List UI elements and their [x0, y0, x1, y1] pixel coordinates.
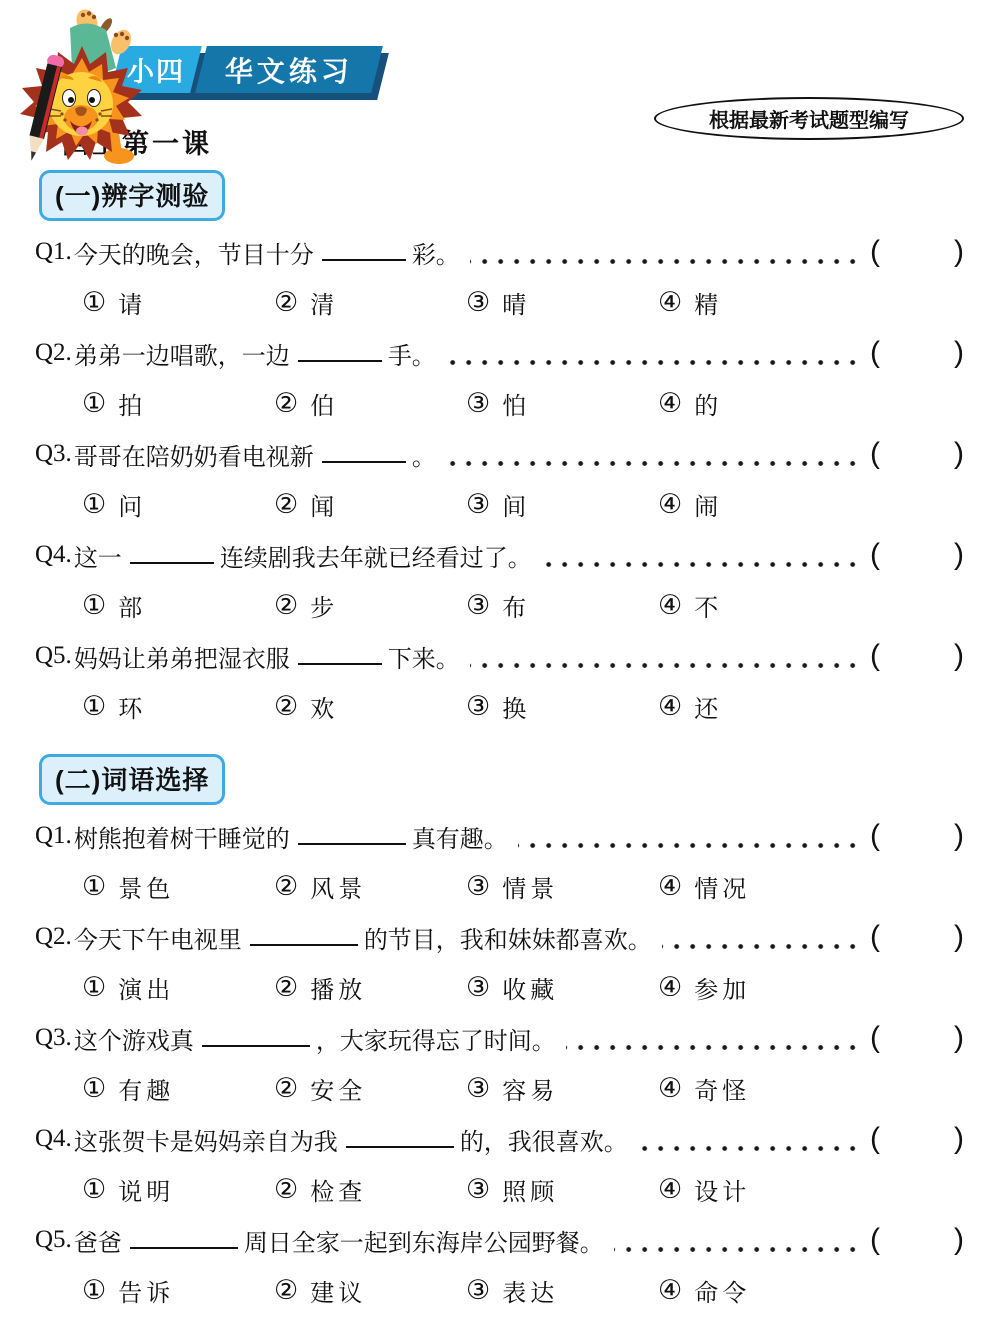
subject-tab: 华文练习 [195, 46, 383, 93]
option: ① 说明 [82, 1172, 274, 1207]
answer-paren-close: ) [954, 920, 964, 954]
option-label: 欢 [310, 689, 338, 724]
answer-paren-open: ( [870, 819, 880, 853]
option: ① 问 [82, 487, 274, 522]
answer-blank [130, 1219, 238, 1249]
option-label: 命令 [694, 1273, 750, 1308]
option-label: 清 [310, 285, 338, 320]
option-label: 奇怪 [694, 1071, 750, 1106]
option-marker: ② [274, 1075, 298, 1102]
question-block: Q5. 爸爸 周日全家一起到东海岸公园野餐。 ( ) ① 告诉 ② 建议 ③ 表… [35, 1215, 964, 1316]
question-block: Q5. 妈妈让弟弟把湿衣服 下来。 ( ) ① 环 ② 欢 ③ 换 ④ 还 [35, 631, 964, 732]
answer-paren-close: ) [954, 235, 964, 269]
question-number: Q2. [35, 339, 72, 367]
question-block: Q1. 树熊抱着树干睡觉的 真有趣。 ( ) ① 景色 ② 风景 ③ 情景 ④ … [35, 811, 964, 912]
subject-label: 华文练习 [225, 50, 353, 90]
dot-leader [614, 1247, 866, 1252]
option-label: 风景 [310, 869, 366, 904]
question-number: Q3. [35, 1024, 72, 1052]
question-line: Q4. 这一 连续剧我去年就已经看过了。 ( ) [35, 530, 964, 580]
answer-paren-open: ( [870, 336, 880, 370]
question-number: Q4. [35, 541, 72, 569]
option-marker: ① [82, 1176, 106, 1203]
option: ④ 情况 [658, 869, 750, 904]
option-label: 环 [118, 689, 146, 724]
answer-paren-open: ( [870, 920, 880, 954]
answer-blank [250, 916, 358, 946]
question-number: Q3. [35, 440, 72, 468]
answer-paren-open: ( [870, 1122, 880, 1156]
question-line: Q1. 今天的晚会，节目十分 彩。 ( ) [35, 227, 964, 277]
option-label: 闹 [694, 487, 722, 522]
dot-leader [638, 1146, 866, 1151]
question-line: Q5. 妈妈让弟弟把湿衣服 下来。 ( ) [35, 631, 964, 681]
option: ④ 参加 [658, 970, 750, 1005]
question-text-pre: 弟弟一边唱歌，一边 [74, 336, 290, 371]
option: ① 请 [82, 285, 274, 320]
option-marker: ④ [658, 390, 682, 417]
option-label: 情景 [502, 869, 558, 904]
question-line: Q4. 这张贺卡是妈妈亲自为我 的，我很喜欢。 ( ) [35, 1114, 964, 1164]
answer-blank [322, 433, 406, 463]
question-text-post: 下来。 [388, 639, 460, 674]
option-marker: ④ [658, 592, 682, 619]
option-label: 容易 [502, 1071, 558, 1106]
dot-leader [518, 843, 866, 848]
option-label: 检查 [310, 1172, 366, 1207]
option: ④ 的 [658, 386, 722, 421]
option-label: 伯 [310, 386, 338, 421]
option-label: 告诉 [118, 1273, 174, 1308]
question-block: Q2. 今天下午电视里 的节目，我和妹妹都喜欢。 ( ) ① 演出 ② 播放 ③… [35, 912, 964, 1013]
options-line: ① 有趣 ② 安全 ③ 容易 ④ 奇怪 [35, 1063, 964, 1114]
question-number: Q5. [35, 1226, 72, 1254]
option: ③ 布 [466, 588, 658, 623]
dot-leader [662, 944, 866, 949]
option-label: 间 [502, 487, 530, 522]
option: ③ 怕 [466, 386, 658, 421]
option-label: 安全 [310, 1071, 366, 1106]
option-marker: ③ [466, 289, 490, 316]
question-block: Q4. 这一 连续剧我去年就已经看过了。 ( ) ① 部 ② 步 ③ 布 ④ 不 [35, 530, 964, 631]
option-label: 闻 [310, 487, 338, 522]
question-line: Q3. 哥哥在陪奶奶看电视新 。 ( ) [35, 429, 964, 479]
option-marker: ④ [658, 491, 682, 518]
option-marker: ① [82, 390, 106, 417]
answer-paren-close: ) [954, 639, 964, 673]
question-text-pre: 这张贺卡是妈妈亲自为我 [74, 1122, 338, 1157]
dot-leader [470, 663, 866, 668]
option-marker: ② [274, 1176, 298, 1203]
question-block: Q2. 弟弟一边唱歌，一边 手。 ( ) ① 拍 ② 伯 ③ 怕 ④ 的 [35, 328, 964, 429]
option: ① 部 [82, 588, 274, 623]
question-text-post: ，大家玩得忘了时间。 [316, 1021, 556, 1056]
option: ① 有趣 [82, 1071, 274, 1106]
answer-paren-open: ( [870, 235, 880, 269]
option: ② 播放 [274, 970, 466, 1005]
option-marker: ③ [466, 974, 490, 1001]
option-marker: ④ [658, 1075, 682, 1102]
option-marker: ④ [658, 873, 682, 900]
question-text-pre: 爸爸 [74, 1223, 122, 1258]
answer-paren-open: ( [870, 538, 880, 572]
option-label: 景色 [118, 869, 174, 904]
answer-blank [298, 635, 382, 665]
answer-paren-close: ) [954, 538, 964, 572]
question-number: Q1. [35, 822, 72, 850]
answer-blank [130, 534, 214, 564]
option-label: 请 [118, 285, 146, 320]
question-list: Q1. 树熊抱着树干睡觉的 真有趣。 ( ) ① 景色 ② 风景 ③ 情景 ④ … [35, 811, 964, 1316]
question-line: Q3. 这个游戏真 ，大家玩得忘了时间。 ( ) [35, 1013, 964, 1063]
question-text-post: 的节目，我和妹妹都喜欢。 [364, 920, 652, 955]
answer-paren-close: ) [954, 1021, 964, 1055]
question-text-post: 彩。 [412, 235, 460, 270]
section: (二)词语选择 Q1. 树熊抱着树干睡觉的 真有趣。 ( ) ① 景色 ② 风景… [35, 754, 964, 1316]
lion-face [49, 72, 113, 136]
option: ② 检查 [274, 1172, 466, 1207]
option-marker: ③ [466, 592, 490, 619]
options-line: ① 问 ② 闻 ③ 间 ④ 闹 [35, 479, 964, 530]
question-line: Q5. 爸爸 周日全家一起到东海岸公园野餐。 ( ) [35, 1215, 964, 1265]
option: ④ 命令 [658, 1273, 750, 1308]
option: ③ 换 [466, 689, 658, 724]
option-label: 精 [694, 285, 722, 320]
options-line: ① 环 ② 欢 ③ 换 ④ 还 [35, 681, 964, 732]
question-block: Q4. 这张贺卡是妈妈亲自为我 的，我很喜欢。 ( ) ① 说明 ② 检查 ③ … [35, 1114, 964, 1215]
option: ④ 还 [658, 689, 722, 724]
option-marker: ④ [658, 974, 682, 1001]
option-marker: ④ [658, 289, 682, 316]
question-line: Q2. 弟弟一边唱歌，一边 手。 ( ) [35, 328, 964, 378]
option: ② 伯 [274, 386, 466, 421]
option-marker: ③ [466, 1075, 490, 1102]
question-text-pre: 这个游戏真 [74, 1021, 194, 1056]
section-title: (二)词语选择 [39, 754, 225, 805]
option-label: 的 [694, 386, 722, 421]
option-label: 有趣 [118, 1071, 174, 1106]
option: ① 告诉 [82, 1273, 274, 1308]
option-marker: ② [274, 390, 298, 417]
question-text-pre: 今天下午电视里 [74, 920, 242, 955]
option-label: 不 [694, 588, 722, 623]
option-label: 部 [118, 588, 146, 623]
option: ① 环 [82, 689, 274, 724]
answer-paren-open: ( [870, 1021, 880, 1055]
option: ④ 奇怪 [658, 1071, 750, 1106]
option: ② 安全 [274, 1071, 466, 1106]
answer-paren-open: ( [870, 1223, 880, 1257]
option-marker: ② [274, 873, 298, 900]
option: ③ 收藏 [466, 970, 658, 1005]
sections-root: (一)辨字测验 Q1. 今天的晚会，节目十分 彩。 ( ) ① 请 ② 清 ③ … [35, 170, 964, 1316]
answer-blank [322, 231, 406, 261]
option: ③ 表达 [466, 1273, 658, 1308]
options-line: ① 请 ② 清 ③ 晴 ④ 精 [35, 277, 964, 328]
option-label: 设计 [694, 1172, 750, 1207]
option-label: 晴 [502, 285, 530, 320]
option: ④ 精 [658, 285, 722, 320]
question-text-pre: 树熊抱着树干睡觉的 [74, 819, 290, 854]
option-marker: ② [274, 289, 298, 316]
option: ① 拍 [82, 386, 274, 421]
option-label: 布 [502, 588, 530, 623]
answer-blank [202, 1017, 310, 1047]
option-label: 说明 [118, 1172, 174, 1207]
question-number: Q5. [35, 642, 72, 670]
option-marker: ③ [466, 390, 490, 417]
option: ④ 不 [658, 588, 722, 623]
question-text-post: 真有趣。 [412, 819, 508, 854]
option: ② 建议 [274, 1273, 466, 1308]
question-text-post: 连续剧我去年就已经看过了。 [220, 538, 532, 573]
option-label: 步 [310, 588, 338, 623]
tagline-text: 根据最新考试题型编写 [709, 104, 909, 133]
option: ③ 容易 [466, 1071, 658, 1106]
option-marker: ④ [658, 1277, 682, 1304]
question-text-pre: 妈妈让弟弟把湿衣服 [74, 639, 290, 674]
option-marker: ① [82, 974, 106, 1001]
lion-mascot [20, 6, 152, 174]
tagline-badge: 根据最新考试题型编写 [654, 97, 964, 140]
question-text-pre: 今天的晚会，节目十分 [74, 235, 314, 270]
question-text-post: 手。 [388, 336, 436, 371]
options-line: ① 说明 ② 检查 ③ 照顾 ④ 设计 [35, 1164, 964, 1215]
question-line: Q1. 树熊抱着树干睡觉的 真有趣。 ( ) [35, 811, 964, 861]
option-marker: ③ [466, 873, 490, 900]
option: ③ 晴 [466, 285, 658, 320]
answer-paren-close: ) [954, 336, 964, 370]
options-line: ① 告诉 ② 建议 ③ 表达 ④ 命令 [35, 1265, 964, 1316]
header-banner: 小四 华文练习 [116, 46, 377, 93]
option-marker: ② [274, 491, 298, 518]
answer-paren-open: ( [870, 639, 880, 673]
option-marker: ① [82, 693, 106, 720]
option-marker: ① [82, 592, 106, 619]
question-text-pre: 哥哥在陪奶奶看电视新 [74, 437, 314, 472]
option-marker: ④ [658, 1176, 682, 1203]
question-number: Q2. [35, 923, 72, 951]
dot-leader [470, 259, 866, 264]
option-label: 情况 [694, 869, 750, 904]
option-marker: ③ [466, 1176, 490, 1203]
question-block: Q1. 今天的晚会，节目十分 彩。 ( ) ① 请 ② 清 ③ 晴 ④ 精 [35, 227, 964, 328]
option-marker: ② [274, 592, 298, 619]
option-marker: ② [274, 974, 298, 1001]
worksheet-page: 小四 华文练习 根据最新考试题型编写 四上第一课 (一)辨字测验 Q1. 今天的… [0, 0, 990, 1338]
question-text-post: 周日全家一起到东海岸公园野餐。 [244, 1223, 604, 1258]
options-line: ① 景色 ② 风景 ③ 情景 ④ 情况 [35, 861, 964, 912]
option: ① 景色 [82, 869, 274, 904]
question-number: Q4. [35, 1125, 72, 1153]
option-marker: ③ [466, 693, 490, 720]
option-marker: ③ [466, 1277, 490, 1304]
options-line: ① 部 ② 步 ③ 布 ④ 不 [35, 580, 964, 631]
option: ② 风景 [274, 869, 466, 904]
question-text-pre: 这一 [74, 538, 122, 573]
dot-leader [446, 461, 866, 466]
option: ③ 照顾 [466, 1172, 658, 1207]
option: ③ 间 [466, 487, 658, 522]
option-marker: ② [274, 1277, 298, 1304]
answer-paren-close: ) [954, 1223, 964, 1257]
option-marker: ① [82, 491, 106, 518]
option-label: 收藏 [502, 970, 558, 1005]
option-marker: ① [82, 289, 106, 316]
option-marker: ① [82, 873, 106, 900]
question-text-post: 的，我很喜欢。 [460, 1122, 628, 1157]
option: ① 演出 [82, 970, 274, 1005]
section: (一)辨字测验 Q1. 今天的晚会，节目十分 彩。 ( ) ① 请 ② 清 ③ … [35, 170, 964, 732]
dot-leader [566, 1045, 866, 1050]
option: ② 欢 [274, 689, 466, 724]
option-label: 表达 [502, 1273, 558, 1308]
worksheet-content: 四上第一课 (一)辨字测验 Q1. 今天的晚会，节目十分 彩。 ( ) ① 请 … [35, 124, 964, 1316]
option: ② 闻 [274, 487, 466, 522]
option-marker: ④ [658, 693, 682, 720]
option-label: 演出 [118, 970, 174, 1005]
question-list: Q1. 今天的晚会，节目十分 彩。 ( ) ① 请 ② 清 ③ 晴 ④ 精 Q2… [35, 227, 964, 732]
answer-blank [298, 332, 382, 362]
option: ② 步 [274, 588, 466, 623]
options-line: ① 拍 ② 伯 ③ 怕 ④ 的 [35, 378, 964, 429]
option-marker: ③ [466, 491, 490, 518]
question-block: Q3. 这个游戏真 ，大家玩得忘了时间。 ( ) ① 有趣 ② 安全 ③ 容易 … [35, 1013, 964, 1114]
answer-blank [298, 815, 406, 845]
option-marker: ① [82, 1277, 106, 1304]
answer-blank [346, 1118, 454, 1148]
option-label: 拍 [118, 386, 146, 421]
answer-paren-close: ) [954, 437, 964, 471]
option-marker: ① [82, 1075, 106, 1102]
option: ④ 设计 [658, 1172, 750, 1207]
option-label: 问 [118, 487, 146, 522]
option-label: 建议 [310, 1273, 366, 1308]
question-text-post: 。 [412, 437, 436, 472]
dot-leader [446, 360, 866, 365]
option-marker: ② [274, 693, 298, 720]
option-label: 播放 [310, 970, 366, 1005]
option-label: 参加 [694, 970, 750, 1005]
question-block: Q3. 哥哥在陪奶奶看电视新 。 ( ) ① 问 ② 闻 ③ 间 ④ 闹 [35, 429, 964, 530]
option: ② 清 [274, 285, 466, 320]
option-label: 怕 [502, 386, 530, 421]
option-label: 换 [502, 689, 530, 724]
options-line: ① 演出 ② 播放 ③ 收藏 ④ 参加 [35, 962, 964, 1013]
option: ③ 情景 [466, 869, 658, 904]
option-label: 还 [694, 689, 722, 724]
answer-paren-close: ) [954, 1122, 964, 1156]
section-title: (一)辨字测验 [39, 170, 225, 221]
question-line: Q2. 今天下午电视里 的节目，我和妹妹都喜欢。 ( ) [35, 912, 964, 962]
dot-leader [542, 562, 866, 567]
option: ④ 闹 [658, 487, 722, 522]
option-label: 照顾 [502, 1172, 558, 1207]
question-number: Q1. [35, 238, 72, 266]
answer-paren-open: ( [870, 437, 880, 471]
answer-paren-close: ) [954, 819, 964, 853]
